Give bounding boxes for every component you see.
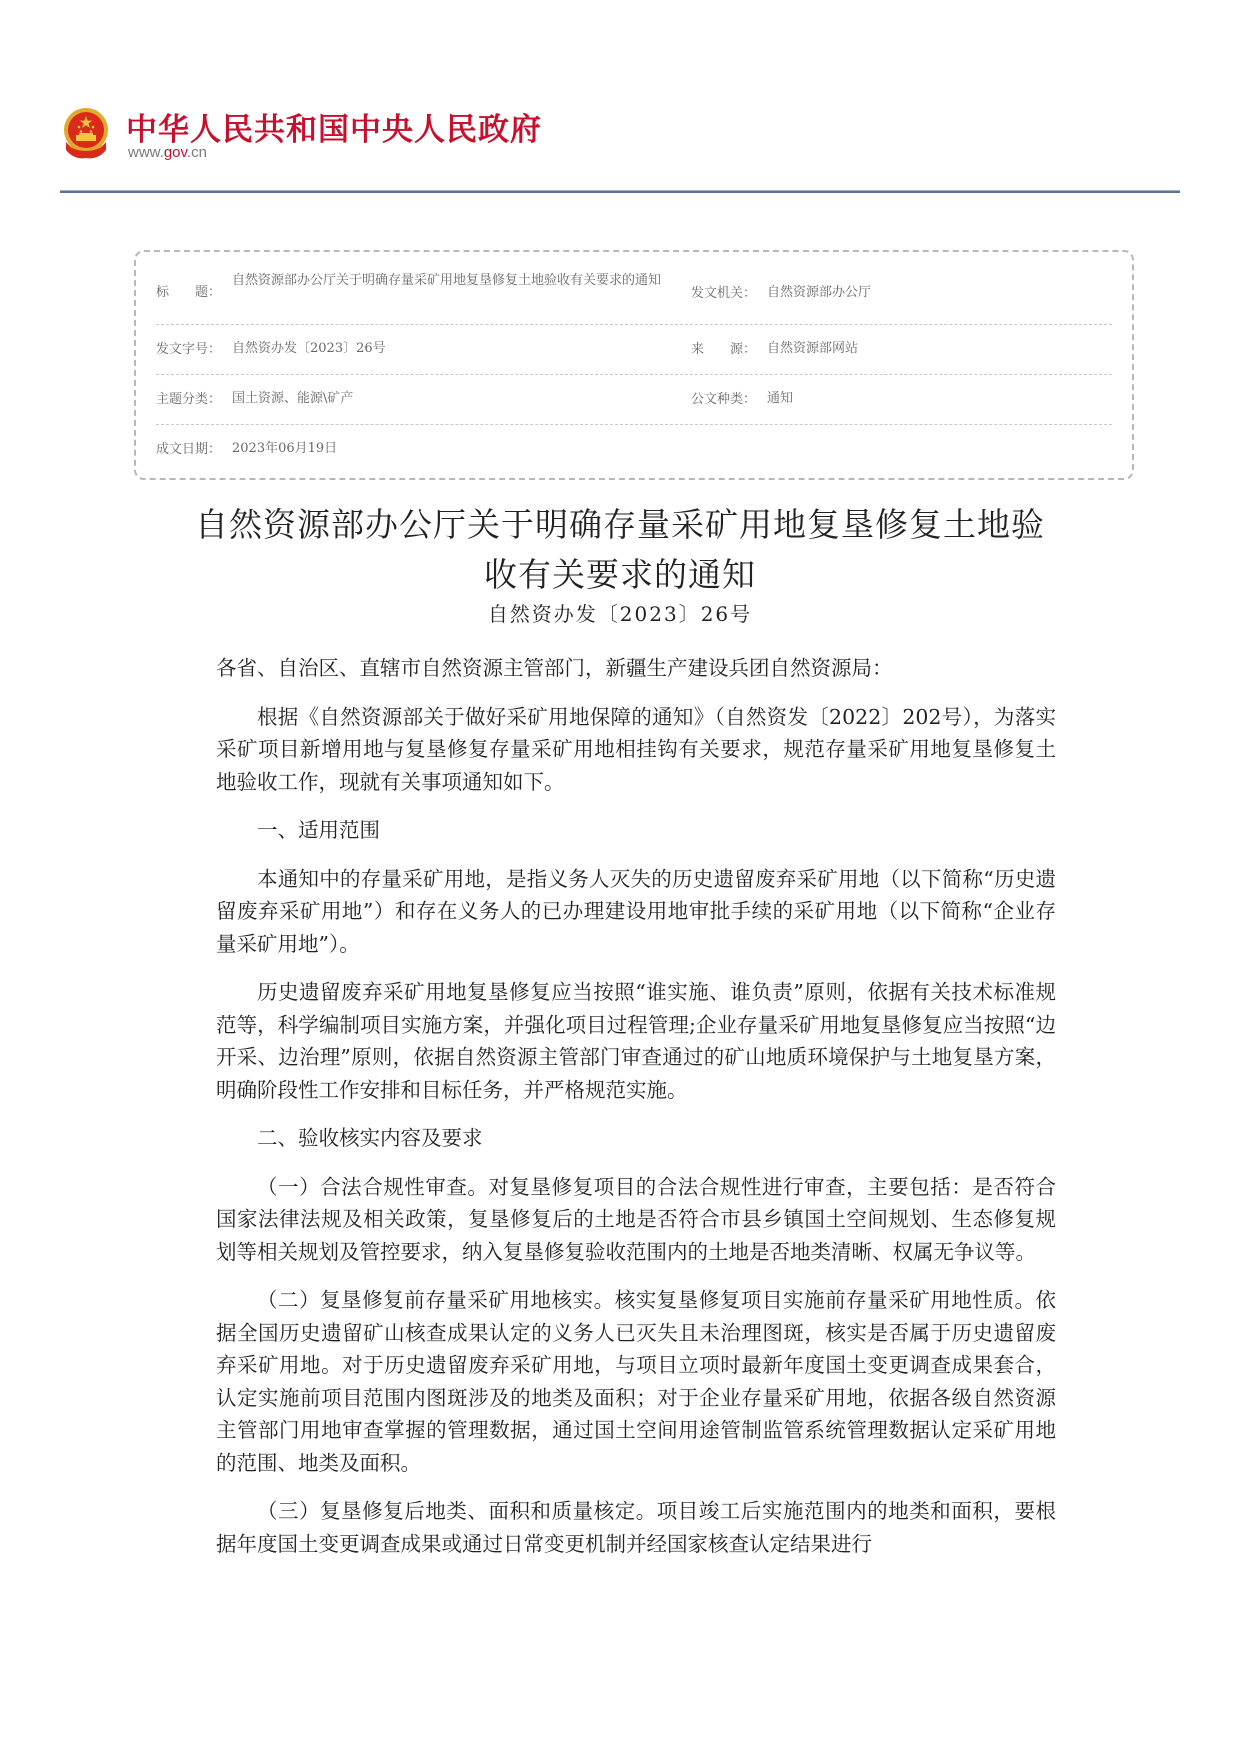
meta-issuer-label: 发文机关： bbox=[691, 282, 767, 304]
body-paragraph: （一）合法合规性审查。对复垦修复项目的合法合规性进行审查，主要包括：是否符合国家… bbox=[216, 1171, 1056, 1269]
meta-source-value: 自然资源部网站 bbox=[767, 338, 858, 360]
meta-row-category: 主题分类： 国土资源、能源\矿产 公文种类： 通知 bbox=[156, 374, 1112, 425]
meta-title-value: 自然资源部办公厅关于明确存量采矿用地复垦修复土地验收有关要求的通知 bbox=[232, 270, 676, 300]
meta-date: 成文日期： 2023年06月19日 bbox=[156, 438, 337, 460]
section-heading: 一、适用范围 bbox=[216, 814, 1056, 847]
url-prefix: www. bbox=[128, 144, 164, 161]
document-title: 自然资源部办公厅关于明确存量采矿用地复垦修复土地验收有关要求的通知 bbox=[180, 500, 1060, 600]
meta-row-date: 成文日期： 2023年06月19日 bbox=[156, 424, 1112, 472]
document-metadata-box: 标 题： 自然资源部办公厅关于明确存量采矿用地复垦修复土地验收有关要求的通知 发… bbox=[134, 250, 1134, 480]
meta-doc-type-label: 公文种类： bbox=[691, 388, 767, 410]
meta-category: 主题分类： 国土资源、能源\矿产 bbox=[156, 388, 353, 410]
meta-source: 来 源： 自然资源部网站 bbox=[691, 338, 858, 360]
body-paragraph: （三）复垦修复后地类、面积和质量核定。项目竣工后实施范围内的地类和面积，要根据年… bbox=[216, 1495, 1056, 1560]
meta-doc-number: 发文字号： 自然资办发〔2023〕26号 bbox=[156, 338, 386, 360]
meta-issuer-value: 自然资源部办公厅 bbox=[767, 282, 871, 304]
section-heading: 二、验收核实内容及要求 bbox=[216, 1122, 1056, 1155]
url-domain: gov bbox=[164, 144, 187, 161]
meta-date-value: 2023年06月19日 bbox=[232, 438, 337, 460]
document-body: 各省、自治区、直辖市自然资源主管部门，新疆生产建设兵团自然资源局： 根据《自然资… bbox=[216, 652, 1056, 1576]
body-paragraph: （二）复垦修复前存量采矿用地核实。核实复垦修复项目实施前存量采矿用地性质。依据全… bbox=[216, 1284, 1056, 1479]
site-title[interactable]: 中华人民共和国中央人民政府 bbox=[126, 104, 542, 149]
header-divider bbox=[60, 190, 1180, 193]
meta-date-label: 成文日期： bbox=[156, 438, 232, 460]
national-emblem-icon bbox=[60, 106, 112, 164]
salutation: 各省、自治区、直辖市自然资源主管部门，新疆生产建设兵团自然资源局： bbox=[216, 652, 1056, 685]
meta-issuer: 发文机关： 自然资源部办公厅 bbox=[691, 282, 871, 304]
body-paragraph: 本通知中的存量采矿用地，是指义务人灭失的历史遗留废弃采矿用地（以下简称“历史遗留… bbox=[216, 863, 1056, 961]
meta-source-label: 来 源： bbox=[691, 338, 767, 360]
meta-category-value: 国土资源、能源\矿产 bbox=[232, 388, 353, 410]
body-paragraph: 历史遗留废弃采矿用地复垦修复应当按照“谁实施、谁负责”原则，依据有关技术标准规范… bbox=[216, 976, 1056, 1106]
meta-title: 标 题： 自然资源部办公厅关于明确存量采矿用地复垦修复土地验收有关要求的通知 bbox=[156, 270, 676, 300]
document-number: 自然资办发〔2023〕26号 bbox=[180, 598, 1060, 627]
meta-title-label: 标 题： bbox=[156, 270, 232, 300]
meta-category-label: 主题分类： bbox=[156, 388, 232, 410]
body-paragraph: 根据《自然资源部关于做好采矿用地保障的通知》（自然资发〔2022〕202号），为… bbox=[216, 701, 1056, 799]
meta-doc-type-value: 通知 bbox=[767, 388, 793, 410]
meta-doc-number-value: 自然资办发〔2023〕26号 bbox=[232, 338, 386, 360]
meta-row-docno: 发文字号： 自然资办发〔2023〕26号 来 源： 自然资源部网站 bbox=[156, 324, 1112, 375]
site-url[interactable]: www.gov.cn bbox=[128, 144, 207, 161]
meta-doc-number-label: 发文字号： bbox=[156, 338, 232, 360]
meta-doc-type: 公文种类： 通知 bbox=[691, 388, 793, 410]
url-suffix: .cn bbox=[187, 144, 207, 161]
meta-row-title: 标 题： 自然资源部办公厅关于明确存量采矿用地复垦修复土地验收有关要求的通知 发… bbox=[156, 262, 1112, 325]
site-header: 中华人民共和国中央人民政府 www.gov.cn bbox=[60, 100, 1180, 190]
